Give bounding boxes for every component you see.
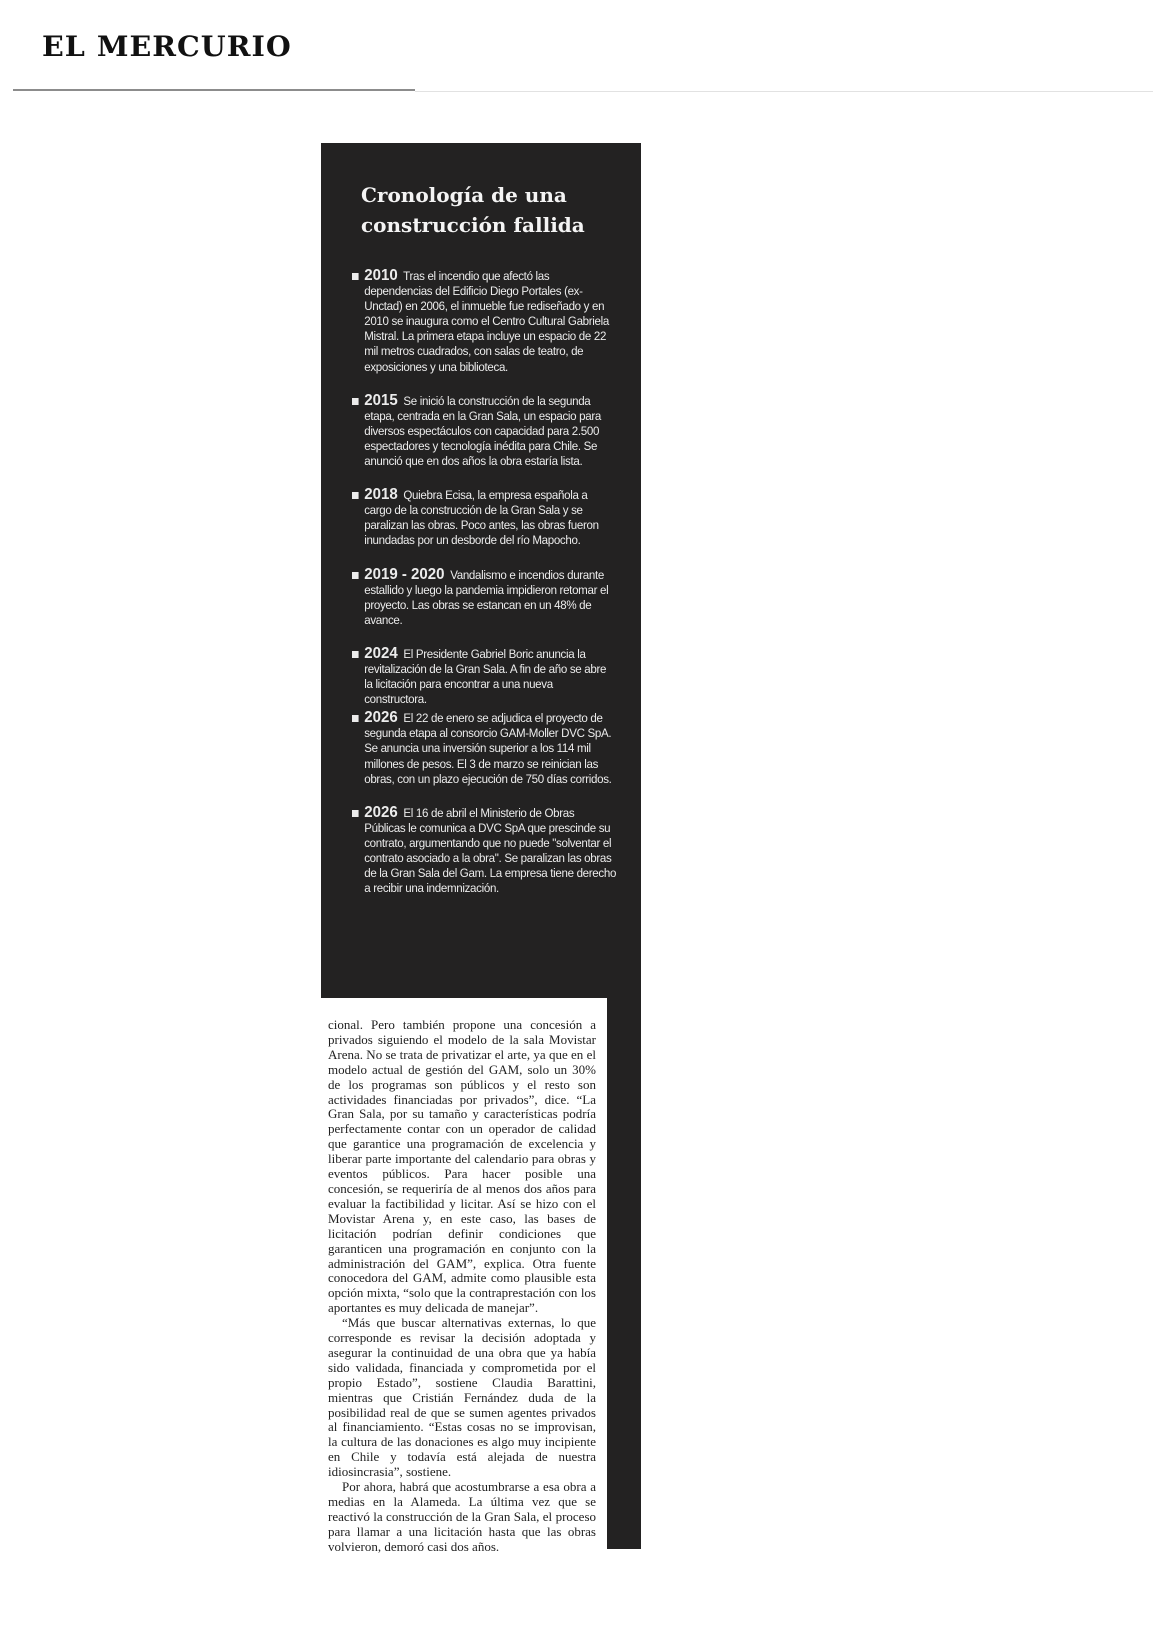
timeline-text: Se inició la construcción de la segunda … xyxy=(364,394,601,468)
timeline-title: Cronología de una construcción fallida xyxy=(361,180,621,240)
article-body: cional. Pero también propone una concesi… xyxy=(328,1018,596,1555)
timeline-box-side-strip xyxy=(607,990,641,1549)
timeline-year: 2010 xyxy=(364,267,397,284)
timeline-item: 2026 El 16 de abril el Ministerio de Obr… xyxy=(352,805,616,897)
timeline-list: 2010 Tras el incendio que afectó las dep… xyxy=(352,268,604,896)
timeline-item: 2010 Tras el incendio que afectó las dep… xyxy=(352,268,616,375)
square-bullet-icon xyxy=(352,651,359,658)
article-paragraph: Por ahora, habrá que acostumbrarse a esa… xyxy=(328,1480,596,1555)
timeline-year: 2018 xyxy=(364,486,397,503)
timeline-year: 2026 xyxy=(364,804,397,821)
timeline-year: 2019 - 2020 xyxy=(364,566,444,583)
timeline-text: Quiebra Ecisa, la empresa española a car… xyxy=(364,488,598,547)
timeline-item: 2026 El 22 de enero se adjudica el proye… xyxy=(352,710,616,786)
masthead-rule-extension xyxy=(415,91,1153,92)
article-paragraph: cional. Pero también propone una concesi… xyxy=(328,1018,596,1316)
timeline-text: Tras el incendio que afectó las dependen… xyxy=(364,269,609,374)
square-bullet-icon xyxy=(352,810,359,817)
square-bullet-icon xyxy=(352,572,359,579)
timeline-item: 2019 - 2020 Vandalismo e incendios duran… xyxy=(352,567,616,628)
square-bullet-icon xyxy=(352,398,359,405)
timeline-year: 2024 xyxy=(364,645,397,662)
masthead-rule xyxy=(13,89,415,91)
masthead-logo: EL MERCURIO xyxy=(42,30,292,64)
timeline-text: El 22 de enero se adjudica el proyecto d… xyxy=(364,711,611,785)
timeline-item: 2018 Quiebra Ecisa, la empresa española … xyxy=(352,487,616,548)
timeline-text: El Presidente Gabriel Boric anuncia la r… xyxy=(364,647,606,706)
article-paragraph: “Más que buscar alternativas externas, l… xyxy=(328,1316,596,1480)
timeline-text: El 16 de abril el Ministerio de Obras Pú… xyxy=(364,806,616,895)
timeline-year: 2015 xyxy=(364,392,397,409)
timeline-year: 2026 xyxy=(364,709,397,726)
square-bullet-icon xyxy=(352,492,359,499)
timeline-item: 2024 El Presidente Gabriel Boric anuncia… xyxy=(352,646,616,707)
square-bullet-icon xyxy=(352,715,359,722)
timeline-item: 2015 Se inició la construcción de la seg… xyxy=(352,393,616,469)
square-bullet-icon xyxy=(352,273,359,280)
